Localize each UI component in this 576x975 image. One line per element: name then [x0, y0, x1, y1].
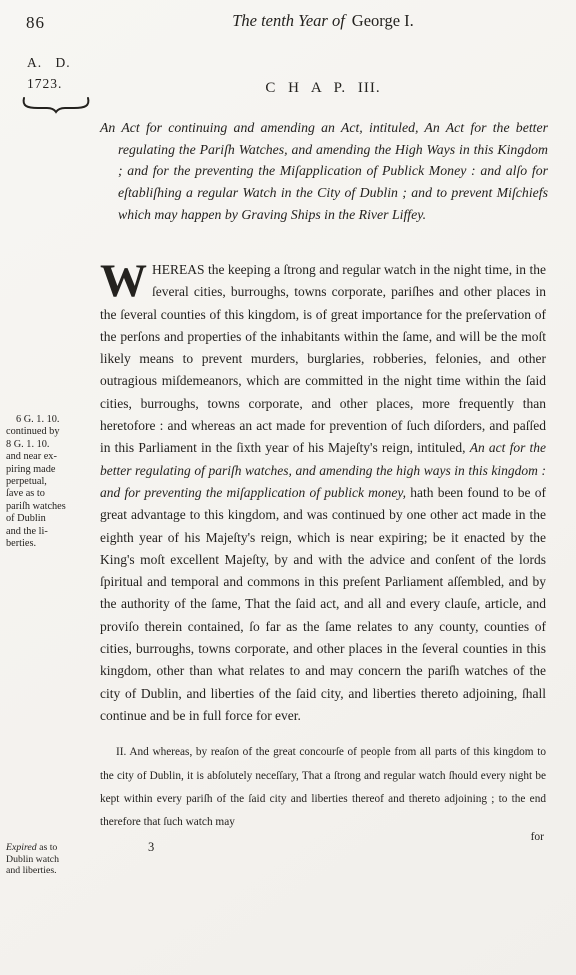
- catchword: for: [531, 831, 544, 843]
- page-footer: 3 for: [100, 837, 546, 861]
- section-i-closing: hath been found to be of great advantage…: [100, 485, 546, 723]
- section-i-paragraph: WHEREAS the keeping a ſtrong and regular…: [100, 259, 546, 727]
- signature-mark: 3: [148, 840, 154, 855]
- act-title: An Act for continuing and amending an Ac…: [100, 117, 548, 226]
- running-title-italic: The tenth Year of: [232, 11, 345, 30]
- running-title: The tenth Year ofGeorge I.: [100, 11, 546, 31]
- chapter-heading: C H A P. III.: [100, 80, 546, 97]
- margin-note-expired: Expired as to Dublin watch and liberties…: [6, 831, 99, 877]
- page-number: 86: [26, 13, 45, 33]
- margin-note-statute: 6 G. 1. 10. continued by 8 G. 1. 10. and…: [6, 414, 96, 550]
- margin-date: A. D. 1723.: [27, 52, 71, 94]
- main-text-column: WHEREAS the keeping a ſtrong and regular…: [100, 259, 546, 861]
- margin-note-expired-lead: Expired: [6, 842, 37, 853]
- section-i-opening: HEREAS the keeping a ſtrong and regular …: [100, 262, 546, 455]
- date-brace-icon: [20, 96, 92, 114]
- drop-cap-w: W: [100, 259, 152, 300]
- section-ii-paragraph: II. And whereas, by reaſon of the great …: [100, 741, 546, 835]
- document-page: 86 The tenth Year ofGeorge I. A. D. 1723…: [0, 0, 576, 975]
- running-title-roman: George I.: [352, 11, 414, 30]
